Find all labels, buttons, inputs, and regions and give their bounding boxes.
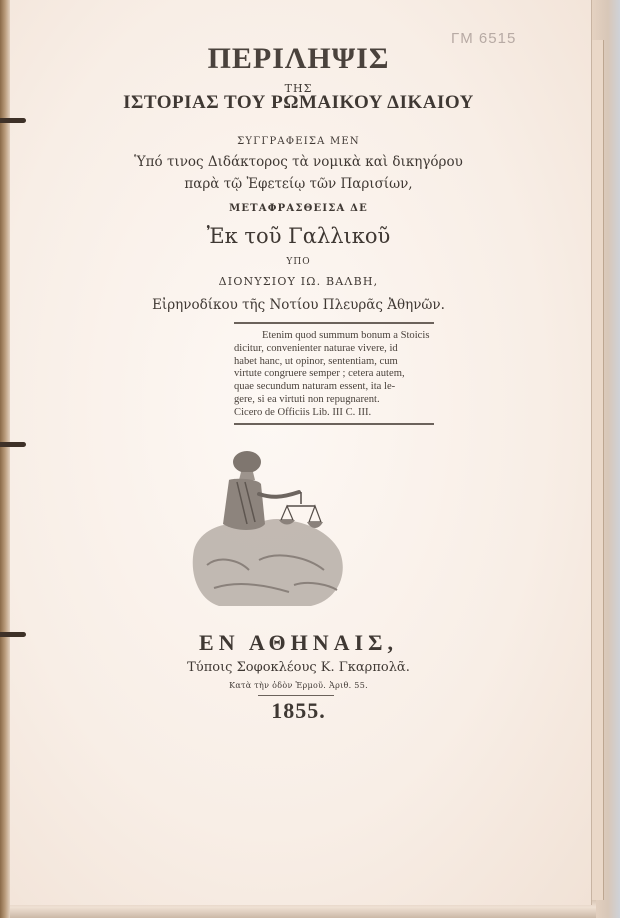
translator-name: ΔΙΟΝΥΣΙΟΥ ΙΩ. ΒΑΛΒΗ, xyxy=(6,275,591,288)
epigraph-line: virtute congruere semper ; cetera autem, xyxy=(234,368,434,381)
publication-year: 1855. xyxy=(6,698,591,724)
epigraph-line: gere, si ea virtuti non repugnarent. xyxy=(234,394,434,407)
epigraph-line: habet hanc, ut opinor, sententiam, cum xyxy=(234,356,434,369)
translated-label: ΜΕΤΑΦΡΑΣΘΕΙΣΑ ΔΕ xyxy=(6,203,591,214)
title-page: ΓΜ 6515 ΠΕΡΙΛΗΨΙΣ ΤΗΣ ΙΣΤΟΡΙΑΣ ΤΟΥ ΡΩΜΑΙ… xyxy=(6,0,592,905)
epigraph-line: dicitur, convenienter naturae vivere, id xyxy=(234,343,434,356)
translator-office: Εἰρηνοδίκου τῆς Νοτίου Πλευρᾶς Ἀθηνῶν. xyxy=(6,297,591,313)
printer-address: Κατὰ τὴν ὁδὸν Ἑρμοῦ. Ἀριθ. 55. xyxy=(6,681,591,690)
written-label: ΣΥΓΓΡΑΦΕΙΣΑ ΜΕΝ xyxy=(6,136,591,147)
binding-stitch xyxy=(0,442,26,447)
book-title: ΠΕΡΙΛΗΨΙΣ xyxy=(6,42,591,76)
epigraph-line: Etenim quod summum bonum a Stoicis xyxy=(234,330,434,343)
epigraph-bottom-rule xyxy=(234,423,434,425)
source-language: Ἐκ τοῦ Γαλλικοῦ xyxy=(6,224,591,248)
justice-scales-icon xyxy=(189,440,359,610)
epigraph-line: quae secundum naturam essent, ita le- xyxy=(234,381,434,394)
epigraph-top-rule xyxy=(234,322,434,324)
epigraph: Etenim quod summum bonum a Stoicis dicit… xyxy=(234,330,434,420)
binding-stitch xyxy=(0,632,26,637)
by-label: ΥΠΟ xyxy=(6,257,591,267)
printer: Τύποις Σοφοκλέους Κ. Γκαρπολᾶ. xyxy=(6,660,591,675)
binding-stitch xyxy=(0,118,26,123)
author-description-1: Ὑπό τινος Διδάκτορος τὰ νομικὰ καὶ δικηγ… xyxy=(6,154,591,170)
book-subject: ΙΣΤΟΡΙΑΣ ΤΟΥ ΡΩΜΑΙΚΟΥ ΔΙΚΑΙΟΥ xyxy=(6,92,591,114)
imprint-rule xyxy=(258,695,334,696)
publication-place: ΕΝ ΑΘΗΝΑΙΣ, xyxy=(6,630,591,656)
binding-spine xyxy=(0,0,10,918)
author-description-2: παρὰ τῷ Ἐφετείῳ τῶν Παρισίων, xyxy=(6,176,591,192)
epigraph-citation: Cicero de Officiis Lib. III C. III. xyxy=(234,407,434,420)
